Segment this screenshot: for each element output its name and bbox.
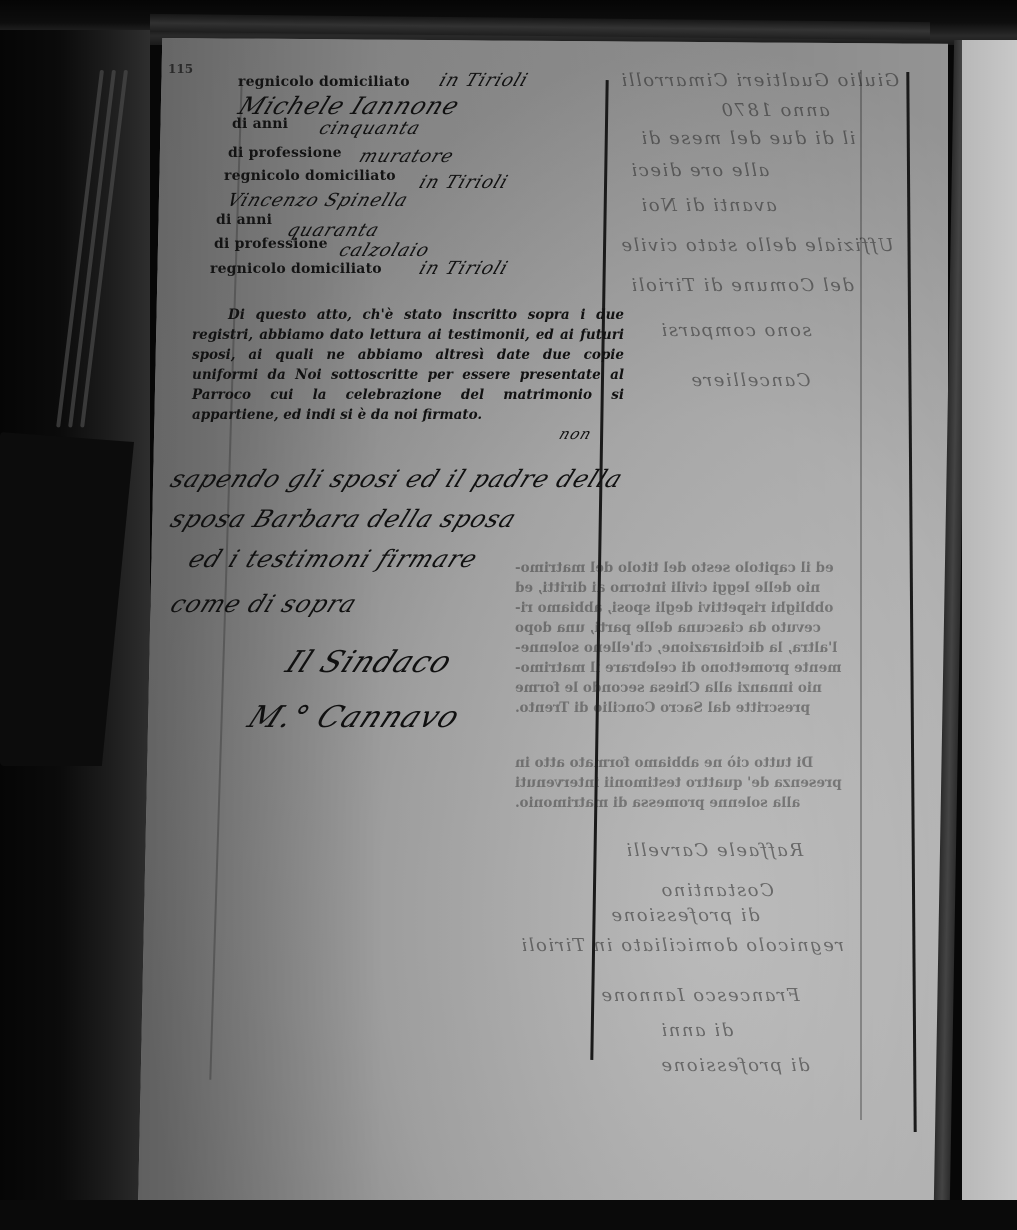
handwritten-witness-name: Vincenzo Spinella [224,190,411,211]
bleed-through-text: di professione [610,905,760,926]
bleed-through-text: sono comparsi [660,320,812,341]
bleed-through-text: mente promettono di celebrare il matrimo… [515,660,842,676]
facing-page [962,40,1017,1200]
handwritten-note-line: sapendo gli sposi ed il padre della [166,465,627,493]
bleed-through-text: avanti di Noi [640,195,777,216]
handwritten-note-line: come di sopra [166,590,361,618]
bleed-through-text: obblighi rispettivi degli sposi, abbiamo… [515,600,833,616]
label-regnicolo-domiciliato: regnicolo domiciliato [238,74,410,90]
signature-sindaco: Il Sindaco [280,645,458,680]
scanned-register-photo: 115 Giulio Gualtieri Cimarrolli anno 187… [0,0,1017,1230]
bleed-through-text: alle ore dieci [630,160,769,181]
page-edge-line [56,70,104,428]
bleed-through-text: nio innanzi alla Chiesa secondo le forme [515,680,822,696]
handwritten-witness-name: Michele Iannone [234,92,464,120]
handwritten-residence: in Tirioli [436,70,531,91]
bleed-through-text: ed il capitolo sesto del titolo del matr… [515,560,834,576]
page-number: 115 [168,62,193,76]
bleed-through-text: Di tutto ciò ne abbiamo formato atto in [515,755,813,771]
bleed-through-text: l'altra, la dichiarazione, ch'elleno sol… [515,640,837,656]
handwritten-age: cinquanta [316,118,423,139]
label-di-professione: di professione [228,145,342,161]
bleed-through-text: anno 1870 [720,100,830,121]
handwritten-tail: non [557,425,595,443]
bleed-through-text: alla solenne promessa di matrimonio. [515,795,800,811]
page-edge-line [68,70,116,428]
handwritten-profession: calzolaio [336,240,433,261]
bleed-through-text: presenza de' quattro testimonii interven… [515,775,842,791]
handwritten-residence: in Tirioli [416,172,511,193]
bleed-through-text: regnicolo domiciliato in Tirioli [520,935,844,956]
bleed-through-text: Raffaele Carvelli [625,840,803,861]
label-regnicolo-domiciliato: regnicolo domiciliato [224,168,396,184]
bleed-through-text: di anni [660,1020,733,1041]
bleed-through-text: cevuto da ciascuna delle parti, una dopo [515,620,821,636]
bleed-through-text: del Comune di Tirioli [630,275,854,296]
bleed-through-text: prescritte dal Sacro Concilio di Trento. [515,700,810,716]
bleed-through-text: Uffiziale dello stato civile [620,235,894,256]
bleed-through-text: di professione [660,1055,810,1076]
signature-cancelliere: M.° Cannavo [242,700,466,735]
bleed-through-text: il di due del mese di [640,128,856,149]
handwritten-note-line: ed i testimoni firmare [184,545,482,573]
bleed-through-text: Giulio Gualtieri Cimarrolli [620,70,899,91]
page-edge-line [80,70,128,428]
bleed-through-text: Costantino [660,880,774,901]
handwritten-profession: muratore [356,146,457,167]
handwritten-residence: in Tirioli [416,258,511,279]
closing-paragraph: Di questo atto, ch'è stato inscritto sop… [192,305,624,425]
bleed-through-text: Cancelliere [690,370,811,391]
handwritten-note-line: sposa Barbara della sposa [166,505,521,533]
label-regnicolo-domiciliato: regnicolo domiciliato [210,261,382,277]
book-bottom-edge [0,1200,1017,1230]
faint-ruled-line [860,70,862,1120]
bleed-through-text: Francesco Iannone [600,985,800,1006]
handwritten-age: quaranta [284,220,382,241]
label-di-anni: di anni [216,212,272,228]
bleed-through-text: nio delle leggi civili intorno ai diritt… [515,580,820,596]
closing-paragraph-text: Di questo atto, ch'è stato inscritto sop… [192,307,624,423]
